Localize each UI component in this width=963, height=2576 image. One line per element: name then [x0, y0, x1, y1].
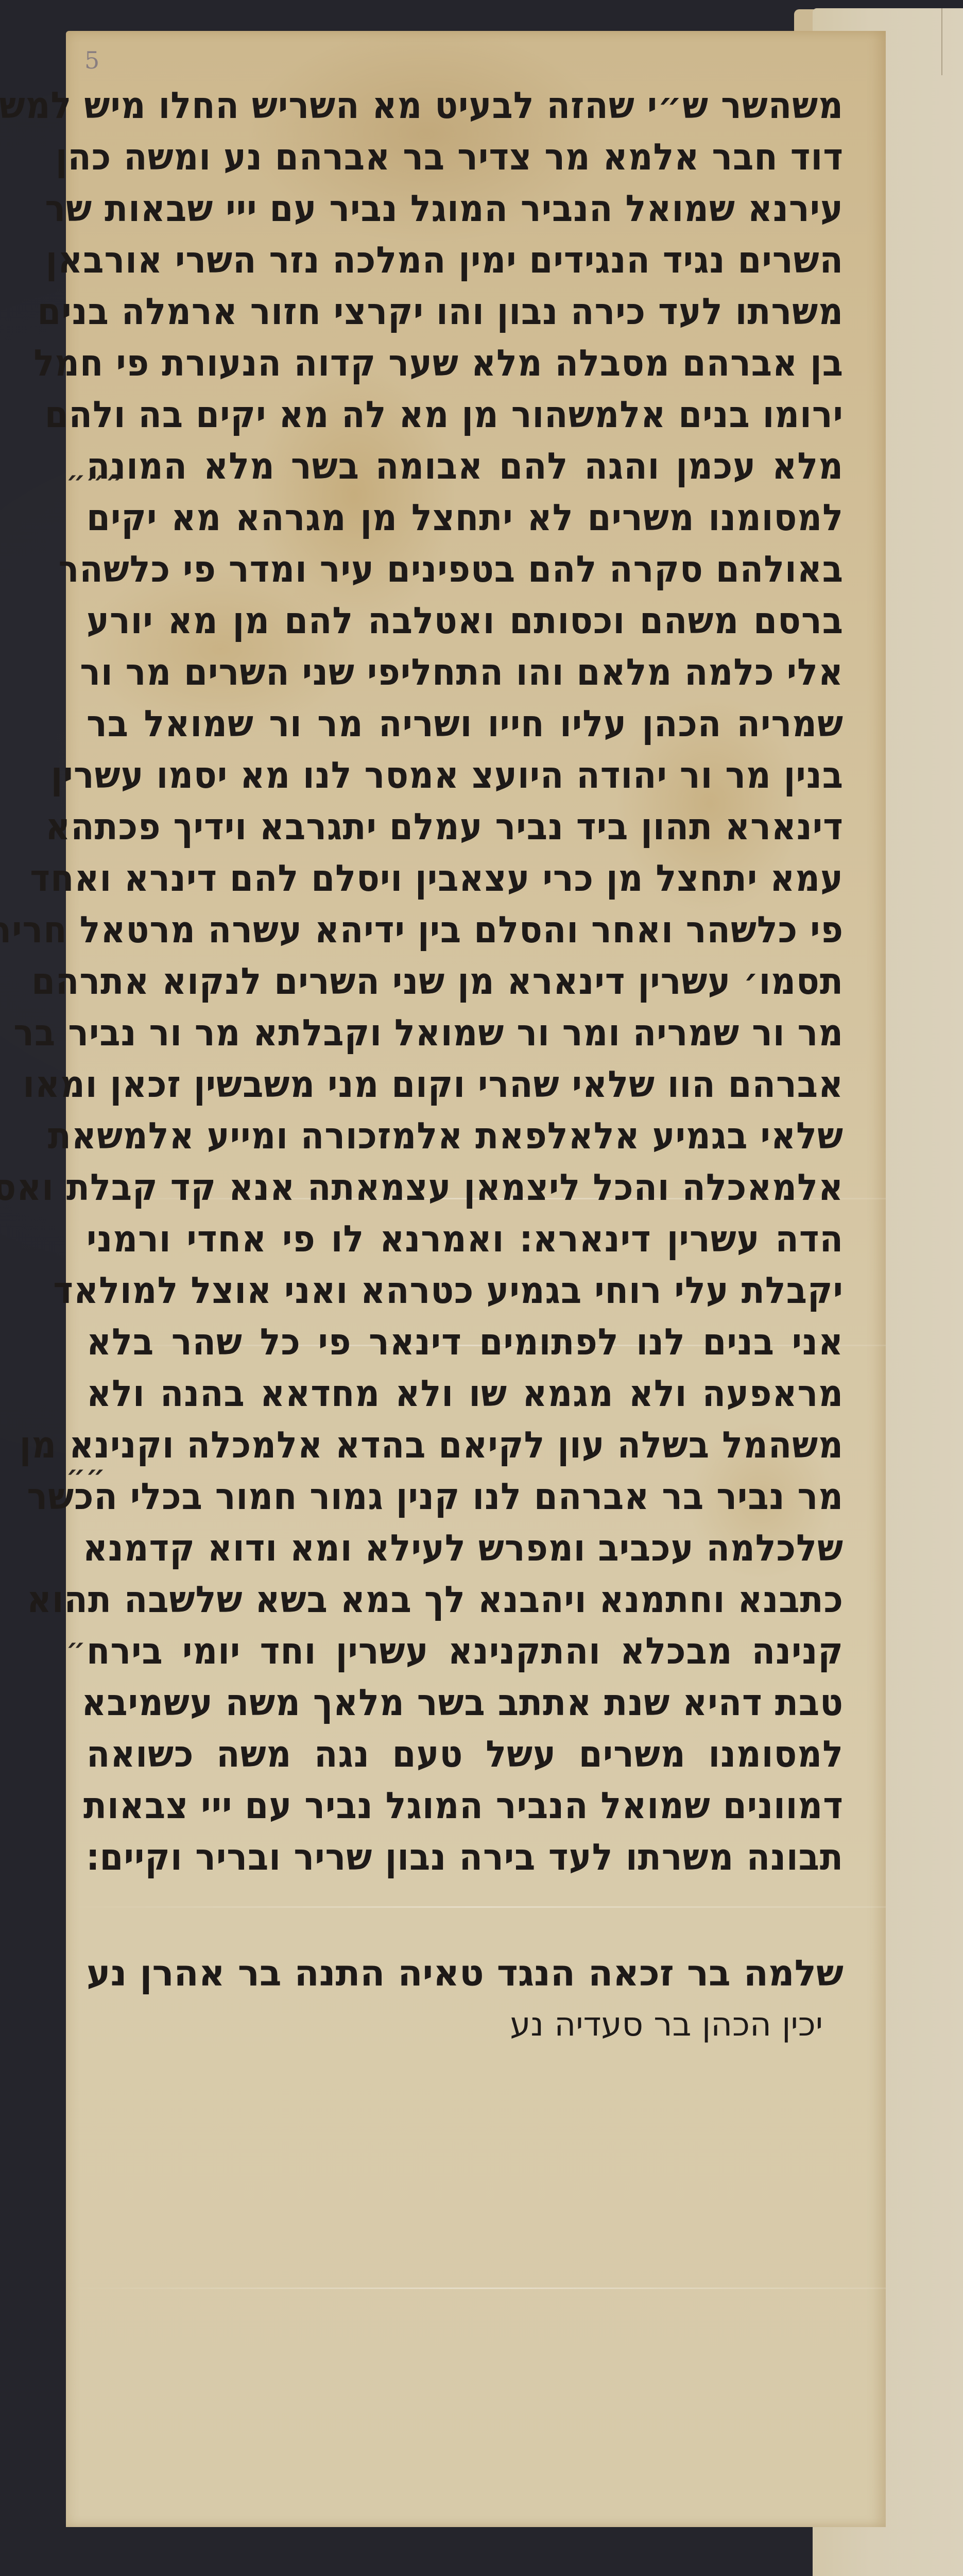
text-line: מר ור שמריה ומר ור שמואל וקבלתא מר ור נב… — [87, 1005, 844, 1061]
margin-mark: ״ — [66, 1632, 85, 1665]
text-line: דמוונים שמואל הנביר המוגל נביר עם ייי צב… — [87, 1778, 844, 1834]
text-line: כתבנא וחתמנא ויהבנא לך במא בשא שלשבה תהו… — [87, 1572, 844, 1628]
text-line: למסומנו משרים לא יתחצל מן מגרהא מא יקים — [87, 490, 844, 546]
text-line: שלאי בגמיע אלאלפאת אלמזכורה ומייע אלמשאת — [87, 1108, 844, 1164]
text-line: ירומו בנים אלמשהור מן מא לה מא יקים בה ו… — [87, 387, 844, 443]
manuscript-leaf: 5 ״״״ ״״ ״ משהשר ש״י שהזה לבעיט מא השריש… — [66, 31, 886, 2527]
text-line: פי כלשהר ואחר והסלם בין ידיהא עשרה מרטאל… — [87, 902, 844, 958]
mount-seam — [941, 8, 942, 75]
text-line: למסומנו משרים עשל טעם נגה משה כשואה — [87, 1726, 844, 1782]
text-line: אני בנים לנו לפתומים דינאר פי כל שהר בלא — [87, 1314, 844, 1370]
text-line: משהשר ש״י שהזה לבעיט מא השריש החלו מיש ל… — [87, 78, 844, 133]
signature-witness-1: שלמה בר זכאה הנגד טאיה התנה בר אהרן נע — [87, 1947, 844, 1999]
text-line: משהמל בשלה עון לקיאם בהדא אלמכלה וקנינא … — [87, 1417, 844, 1473]
text-line: בנין מר ור יהודה היועצ אמסר לנו מא יסמו … — [87, 748, 844, 803]
text-line: באולהם סקרה להם בטפינים עיר ומדר פי כלשה… — [87, 541, 844, 597]
text-line: בן אברהם מסבלה מלא שער קדוה הנעורת פי חמ… — [87, 335, 844, 391]
fold-line — [66, 1906, 886, 1908]
text-line: אלמאכלה והכל ליצמאן עצמאתה אנא קד קבלת ו… — [87, 1160, 844, 1215]
text-line: עמא יתחצל מן כרי עצאבין ויסלם להם דינרא … — [87, 851, 844, 906]
signatures: שלמה בר זכאה הנגד טאיה התנה בר אהרן נע י… — [87, 1947, 844, 2050]
text-line: אלי כלמה מלאם והו התחליפי שני השרים מר ו… — [87, 645, 844, 700]
deed-text: משהשר ש״י שהזה לבעיט מא השריש החלו מיש ל… — [87, 80, 844, 1883]
text-line: טבת דהיא שנת אתתב בשר מלאך משה עשמיבא — [87, 1675, 844, 1731]
text-line: דינארא תהון ביד נביר עמלם יתגרבא וידיך פ… — [87, 799, 844, 855]
text-line: דוד חבר אלמא מר צדיר בר אברהם נע ומשה כה… — [87, 129, 844, 185]
folio-number: 5 — [84, 46, 99, 74]
text-line: ברסם משהם וכסותם ואטלבה להם מן מא יורע — [87, 593, 844, 649]
text-line: קנינה מבכלא והתקנינא עשרין וחד יומי בירח — [87, 1623, 844, 1679]
text-line: מר נביר בר אברהם לנו קנין גמור חמור בכלי… — [87, 1469, 844, 1524]
text-line: מלא עכמן והגה להם אבומה בשר מלא המונה — [87, 438, 844, 494]
text-line: הדה עשרין דינארא׃ ואמרנא לו פי אחדי ורמנ… — [87, 1211, 844, 1267]
text-line: משרתו לעד כירה נבון והו יקרצי חזור ארמלה… — [87, 284, 844, 340]
text-line: עירנא שמואל הנביר המוגל נביר עם ייי שבאו… — [87, 181, 844, 236]
text-line: שלכלמה עכביב ומפרש לעילא ומא ודוא קדמנא — [87, 1520, 844, 1576]
text-line: תסמו׳ עשרין דינארא מן שני השרים לנקוא את… — [87, 954, 844, 1009]
text-line: יקבלת עלי רוחי בגמיע כטרהא ואני אוצל למו… — [87, 1263, 844, 1318]
text-line: מראפעה ולא מגמא שו ולא מחדאא בהנה ולא — [87, 1366, 844, 1421]
text-line: השרים נגיד הנגידים ימין המלכה נזר השרי א… — [87, 232, 844, 288]
text-line: שמריה הכהן עליו חייו ושריה מר ור שמואל ב… — [87, 696, 844, 752]
fold-line — [66, 2287, 886, 2289]
signature-witness-2: יכין הכהן בר סעדיה נע — [411, 1999, 844, 2050]
text-line: תבונה משרתו לעד בירה נבון שריר ובריר וקי… — [87, 1829, 844, 1885]
text-line: אברהם הוו שלאי שהרי וקום מני משבשין זכאן… — [87, 1057, 844, 1112]
